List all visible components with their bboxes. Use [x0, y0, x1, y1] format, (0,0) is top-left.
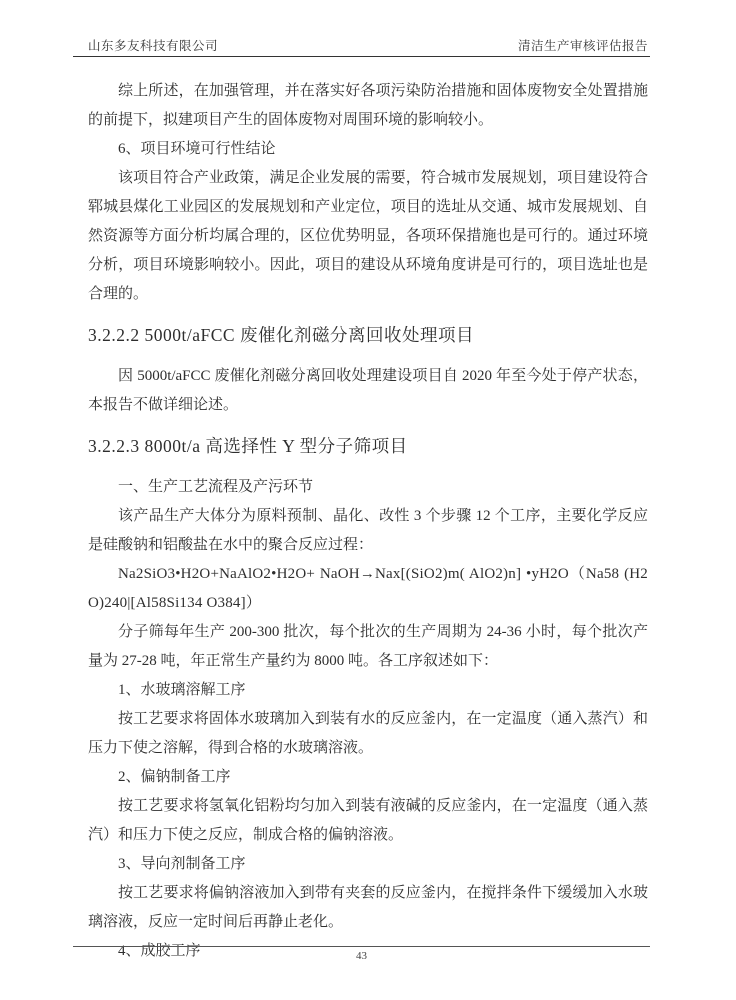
page-header: 山东多友科技有限公司 清洁生产审核评估报告	[88, 36, 648, 54]
para-sodium-metaaluminate-process: 按工艺要求将氢氧化铝粉均匀加入到装有液碱的反应釜内，在一定温度（通入蒸汽）和压力…	[88, 792, 648, 850]
header-report-title: 清洁生产审核评估报告	[518, 36, 648, 54]
para-process-overview: 该产品生产大体分为原料预制、晶化、改性 3 个步骤 12 个工序，主要化学反应是…	[88, 502, 648, 560]
heading-3-2-2-3-molecular-sieve-project: 3.2.2.3 8000t/a 高选择性 Y 型分子筛项目	[88, 431, 648, 461]
header-rule	[73, 56, 650, 57]
document-body: 综上所述，在加强管理，并在落实好各项污染防治措施和固体废物安全处置措施的前提下，…	[88, 77, 648, 966]
header-company-name: 山东多友科技有限公司	[88, 36, 218, 54]
page-number: 43	[73, 950, 650, 962]
para-project-feasibility: 该项目符合产业政策，满足企业发展的需要，符合城市发展规划，项目建设符合郓城县煤化…	[88, 164, 648, 309]
item-6-env-feasibility-conclusion: 6、项目环境可行性结论	[88, 135, 648, 164]
item-process-flow-section: 一、生产工艺流程及产污环节	[88, 473, 648, 502]
para-directing-agent-process: 按工艺要求将偏钠溶液加入到带有夹套的反应釜内，在搅拌条件下缓缓加入水玻璃溶液，反…	[88, 879, 648, 937]
formula-polymerization-reaction: Na2SiO3•H2O+NaAlO2•H2O+ NaOH→Nax[(SiO2)m…	[88, 560, 648, 618]
item-3-directing-agent-prep: 3、导向剂制备工序	[88, 850, 648, 879]
item-2-sodium-metaaluminate-prep: 2、偏钠制备工序	[88, 763, 648, 792]
item-1-water-glass-dissolution: 1、水玻璃溶解工序	[88, 676, 648, 705]
para-batch-production-stats: 分子筛每年生产 200-300 批次，每个批次的生产周期为 24-36 小时，每…	[88, 618, 648, 676]
footer-rule	[73, 946, 650, 947]
para-fcc-project-shutdown: 因 5000t/aFCC 废催化剂磁分离回收处理建设项目自 2020 年至今处于…	[88, 362, 648, 420]
para-water-glass-process: 按工艺要求将固体水玻璃加入到装有水的反应釜内，在一定温度（通入蒸汽）和压力下使之…	[88, 705, 648, 763]
para-solid-waste-conclusion: 综上所述，在加强管理，并在落实好各项污染防治措施和固体废物安全处置措施的前提下，…	[88, 77, 648, 135]
heading-3-2-2-2-fcc-project: 3.2.2.2 5000t/aFCC 废催化剂磁分离回收处理项目	[88, 320, 648, 350]
document-page: 山东多友科技有限公司 清洁生产审核评估报告 综上所述，在加强管理，并在落实好各项…	[0, 0, 736, 1000]
